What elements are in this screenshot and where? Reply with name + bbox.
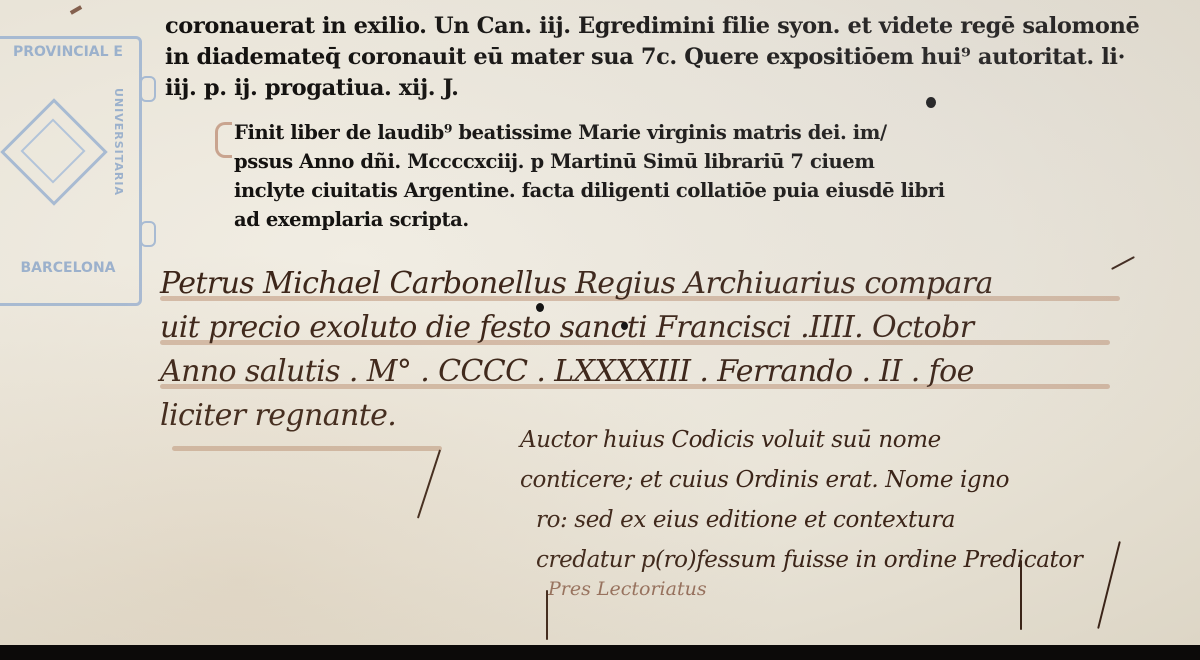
wormhole (926, 97, 936, 108)
annotation-line: credatur p(ro)fessum fuisse in ordine Pr… (536, 540, 1082, 580)
stamp-knob-icon (140, 76, 156, 102)
annotation-line: Auctor huius Codicis voluit suū nome (520, 420, 1066, 460)
stamp-knob-icon (140, 221, 156, 247)
cross-mark (1111, 256, 1135, 270)
colophon-line: pssus Anno dñi. Mccccxciij. p Martinū Si… (234, 147, 945, 176)
ownership-note-line: uit precio exoluto die festo sancti Fran… (160, 306, 993, 350)
printed-line-cropped (165, 0, 1139, 11)
colophon-line: inclyte ciuitatis Argentine. facta dilig… (234, 176, 945, 205)
page-bottom-edge (0, 645, 1200, 660)
printed-line: coronauerat in exilio. Un Can. iij. Egre… (165, 11, 1139, 42)
stamp-top-text: PROVINCIAL E (0, 44, 136, 60)
annotation-line: ro: sed ex eius editione et contextura (536, 500, 1082, 540)
annotation-line: conticere; et cuius Ordinis erat. Nome i… (520, 460, 1066, 500)
colophon: Finit liber de laudib⁹ beatissime Marie … (234, 118, 945, 234)
pen-stroke (546, 590, 548, 640)
manuscript-page: PROVINCIAL E UNIVERSITARIA BARCELONA cor… (0, 0, 1200, 645)
library-stamp: PROVINCIAL E UNIVERSITARIA BARCELONA (0, 36, 150, 300)
ink-dot (536, 303, 544, 312)
ownership-note-line: Anno salutis . M° . CCCC . LXXXXIII . Fe… (160, 350, 993, 394)
printed-text-block: coronauerat in exilio. Un Can. iij. Egre… (165, 0, 1139, 104)
ownership-note: Petrus Michael Carbonellus Regius Archiu… (160, 262, 993, 438)
stamp-side-text: UNIVERSITARIA (112, 88, 125, 248)
ownership-note-line: Petrus Michael Carbonellus Regius Archiu… (160, 262, 993, 306)
rubric-bracket (215, 122, 232, 158)
pen-stroke (1020, 560, 1022, 630)
printed-line: in diademateq̄ coronauit eū mater sua 7c… (165, 42, 1139, 73)
pen-stroke (1097, 541, 1121, 629)
stamp-bottom-text: BARCELONA (0, 260, 136, 276)
colophon-line: Finit liber de laudib⁹ beatissime Marie … (234, 118, 945, 147)
later-annotation: Auctor huius Codicis voluit suū nome con… (520, 420, 1066, 580)
ruled-line (172, 446, 442, 451)
pen-stroke (417, 449, 441, 518)
ink-mark (70, 5, 82, 14)
ink-dot (621, 322, 628, 330)
colophon-line: ad exemplaria scripta. (234, 205, 945, 234)
faint-annotation: Pres Lectoriatus (548, 578, 707, 600)
printed-line: iij. p. ij. progatiua. xij. J. (165, 73, 1139, 104)
